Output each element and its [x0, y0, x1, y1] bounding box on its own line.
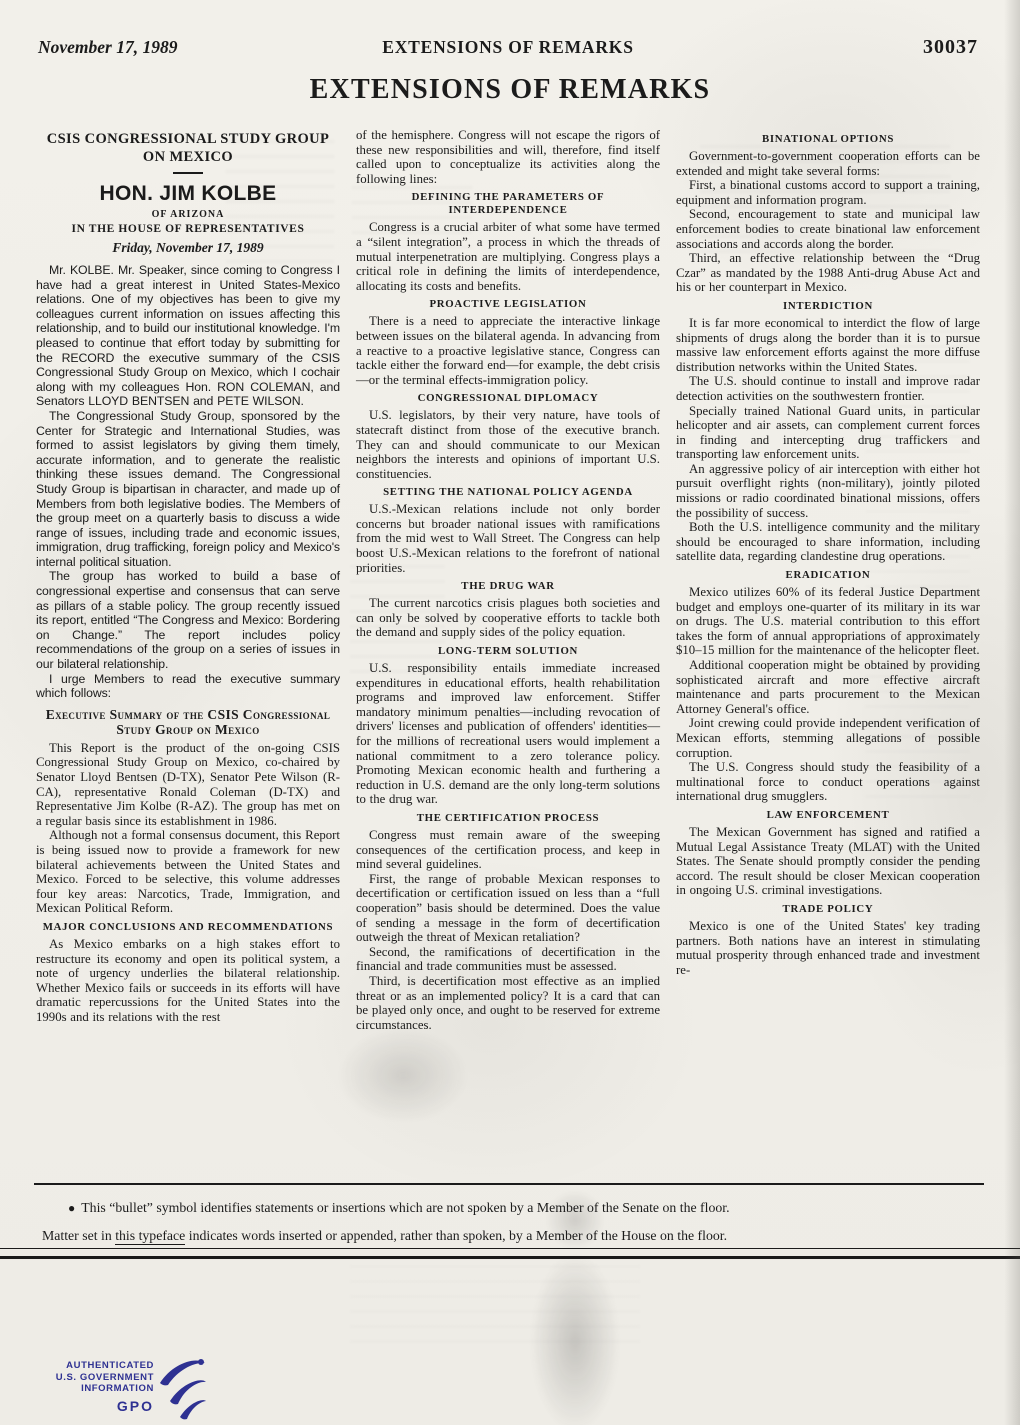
paragraph: Mexico is one of the United States' key … [676, 919, 980, 977]
section-heading: BINATIONAL OPTIONS [676, 133, 980, 146]
paragraph: As Mexico embarks on a high stakes effor… [36, 937, 340, 1025]
footer-note-senate-text: This “bullet” symbol identifies statemen… [81, 1200, 729, 1215]
section-heading: TRADE POLICY [676, 903, 980, 916]
article-columns: CSIS CONGRESSIONAL STUDY GROUP ON MEXICO… [36, 128, 980, 1178]
page-header: November 17, 1989 EXTENSIONS OF REMARKS … [38, 36, 978, 59]
paragraph: U.S.-Mexican relations include not only … [356, 502, 660, 575]
paragraph: Third, an effective relationship between… [676, 251, 980, 295]
paragraph: Third, is decertification most effective… [356, 974, 660, 1032]
paragraph: First, a binational customs accord to su… [676, 178, 980, 207]
paragraph: Joint crewing could provide independent … [676, 716, 980, 760]
footer-note-house-pre: Matter set in [42, 1228, 115, 1243]
bottom-double-rule [0, 1248, 1020, 1259]
speech-date: Friday, November 17, 1989 [36, 240, 340, 256]
column-1: CSIS CONGRESSIONAL STUDY GROUP ON MEXICO… [36, 128, 340, 1178]
footer-note-house-post: indicates words inserted or appended, ra… [185, 1228, 727, 1243]
paragraph: of the hemisphere. Congress will not esc… [356, 128, 660, 186]
speaker-state: OF ARIZONA [36, 209, 340, 220]
gpo-logo-text: AUTHENTICATED U.S. GOVERNMENT INFORMATIO… [56, 1360, 154, 1395]
paragraph: I urge Members to read the executive sum… [36, 672, 340, 701]
paragraph: Mr. KOLBE. Mr. Speaker, since coming to … [36, 263, 340, 409]
paragraph: The U.S. Congress should study the feasi… [676, 760, 980, 804]
page-number: 30037 [634, 36, 978, 59]
section-heading: LONG-TERM SOLUTION [356, 645, 660, 658]
paragraph: U.S. legislators, by their very nature, … [356, 408, 660, 481]
section-heading: PROACTIVE LEGISLATION [356, 298, 660, 311]
paragraph: The current narcotics crisis plagues bot… [356, 596, 660, 640]
article-rule [173, 172, 203, 174]
summary-heading: Executive Summary of the CSIS Congressio… [42, 707, 334, 738]
issue-date: November 17, 1989 [38, 37, 382, 58]
footer-note-house: Matter set in this typeface indicates wo… [42, 1222, 974, 1249]
page-edge-shadow [1004, 0, 1020, 1425]
section-heading: DEFINING THE PARAMETERS OF INTERDEPENDEN… [356, 191, 660, 217]
paragraph: Additional cooperation might be obtained… [676, 658, 980, 716]
section-heading: ERADICATION [676, 569, 980, 582]
running-title: EXTENSIONS OF REMARKS [382, 37, 633, 58]
chamber-line: IN THE HOUSE OF REPRESENTATIVES [36, 223, 340, 235]
gpo-logo-line: U.S. GOVERNMENT [56, 1372, 154, 1384]
paragraph: Mexico utilizes 60% of its federal Justi… [676, 585, 980, 658]
gpo-authentication-logo: AUTHENTICATED U.S. GOVERNMENT INFORMATIO… [62, 1356, 212, 1422]
footer-notes: ●This “bullet” symbol identifies stateme… [42, 1194, 974, 1249]
paragraph: This Report is the product of the on-goi… [36, 741, 340, 829]
bleed-through-artifact [350, 1265, 640, 1345]
paragraph: The Mexican Government has signed and ra… [676, 825, 980, 898]
column-2: of the hemisphere. Congress will not esc… [356, 128, 660, 1178]
footer-note-senate: ●This “bullet” symbol identifies stateme… [42, 1194, 974, 1222]
paragraph: Specially trained National Guard units, … [676, 404, 980, 462]
column-3: BINATIONAL OPTIONSGovernment-to-governme… [676, 128, 980, 1178]
gpo-eagle-icon [158, 1356, 208, 1422]
section-heading: THE DRUG WAR [356, 580, 660, 593]
paragraph: The group has worked to build a base of … [36, 569, 340, 671]
gpo-logo-line: INFORMATION [56, 1383, 154, 1395]
typeface-sample: this typeface [115, 1228, 185, 1245]
paragraph: Second, encouragement to state and munic… [676, 207, 980, 251]
paragraph: The U.S. should continue to install and … [676, 374, 980, 403]
paragraph: Although not a formal consensus document… [36, 828, 340, 916]
section-heading: MAJOR CONCLUSIONS AND RECOMMENDATIONS [36, 921, 340, 934]
gpo-logo-line: AUTHENTICATED [56, 1360, 154, 1372]
ink-smudge [530, 1252, 620, 1425]
paragraph: It is far more economical to interdict t… [676, 316, 980, 374]
paragraph: Government-to-government cooperation eff… [676, 149, 980, 178]
section-heading: INTERDICTION [676, 300, 980, 313]
section-heading: THE CERTIFICATION PROCESS [356, 812, 660, 825]
section-heading: LAW ENFORCEMENT [676, 809, 980, 822]
paragraph: U.S. responsibility entails immediate in… [356, 661, 660, 807]
paragraph: There is a need to appreciate the intera… [356, 314, 660, 387]
paragraph: Congress must remain aware of the sweepi… [356, 828, 660, 872]
paragraph: Second, the ramifications of decertifica… [356, 945, 660, 974]
congressional-record-page: November 17, 1989 EXTENSIONS OF REMARKS … [0, 0, 1020, 1425]
gpo-acronym: GPO [117, 1398, 154, 1414]
paragraph: The Congressional Study Group, sponsored… [36, 409, 340, 570]
footer-rule [34, 1183, 984, 1185]
paragraph: An aggressive policy of air interception… [676, 462, 980, 520]
paragraph: Both the U.S. intelligence community and… [676, 520, 980, 564]
article-title: CSIS CONGRESSIONAL STUDY GROUP ON MEXICO [36, 130, 340, 166]
speaker-name: HON. JIM KOLBE [36, 182, 340, 205]
section-heading: CONGRESSIONAL DIPLOMACY [356, 392, 660, 405]
bullet-icon: ● [68, 1201, 75, 1215]
section-heading: SETTING THE NATIONAL POLICY AGENDA [356, 486, 660, 499]
paragraph: Congress is a crucial arbiter of what so… [356, 220, 660, 293]
page-title: EXTENSIONS OF REMARKS [0, 74, 1020, 106]
paragraph: First, the range of probable Mexican res… [356, 872, 660, 945]
